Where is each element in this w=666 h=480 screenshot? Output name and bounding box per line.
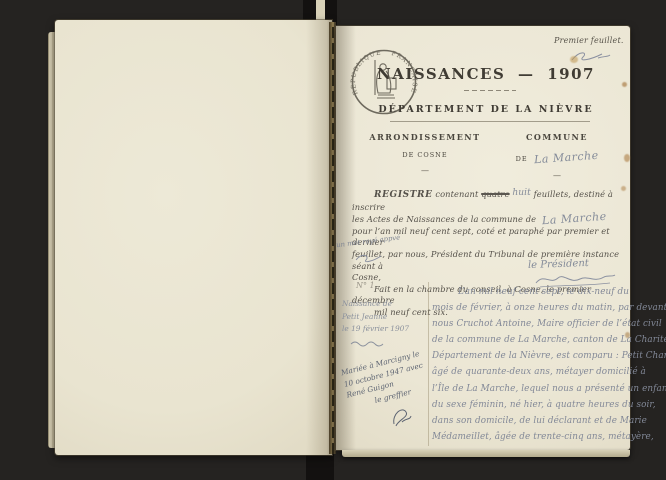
foxing-spot [622, 82, 627, 87]
page-title: NAISSANCES — 1907 [336, 65, 636, 83]
registre-contenant: contenant [435, 189, 478, 199]
registre-line-2: les Actes de Naissances de la commune de… [352, 213, 624, 226]
department-rule [390, 121, 590, 122]
foxing-spot [624, 154, 630, 162]
act-line: L’an mil neuf cent sept, le dix-neuf du [432, 284, 630, 300]
act-line: de la commune de La Marche, canton de La… [432, 332, 630, 348]
marriage-note-paraph [388, 404, 414, 430]
act-margin-title: Naissance de Petit Jeanne le 19 février … [342, 298, 426, 336]
foxing-spot [621, 186, 626, 191]
foxing-spot [570, 56, 578, 63]
margin-title-line: Naissance de [342, 298, 426, 311]
premier-feuillet-note: Premier feuillet. [554, 36, 634, 45]
title-rule [464, 90, 516, 91]
margin-title-line: Petit Jeanne [342, 311, 426, 324]
act-line: nous Cruchot Antoine, Maire officier de … [432, 316, 630, 332]
arrondissement-value: DE COSNE [360, 151, 490, 159]
arrondissement-dash: — [360, 166, 490, 175]
commune-value-row: DE La Marche [494, 151, 620, 164]
struck-word: quatre [481, 189, 509, 199]
act-body: L’an mil neuf cent sept, le dix-neuf du … [432, 284, 630, 445]
commune-block: COMMUNE DE La Marche — [494, 132, 620, 180]
right-page: RÉPUBLIQUE FRANÇAISE Premier feuillet. N… [336, 26, 630, 450]
approval-paraph [354, 250, 384, 266]
margin-title-line: le 19 février 1907 [342, 323, 426, 336]
left-page-blank [55, 20, 332, 455]
registre-line-1: REGISTRE contenant quatre huit feuillets… [352, 189, 624, 213]
margin-squiggle [350, 340, 390, 348]
registre-word: REGISTRE [374, 190, 433, 200]
arrondissement-block: ARRONDISSEMENT DE COSNE — [360, 132, 490, 175]
act-line: Département de la Nièvre, est comparu : … [432, 348, 630, 364]
president-caption: le Président [528, 258, 589, 271]
under-page-edge [342, 450, 630, 457]
act-number: N° 1 [356, 281, 375, 290]
inserted-handwritten-word: huit [512, 188, 531, 198]
commune-handwritten-value: La Marche [533, 149, 598, 166]
act-line: âgé de quarante-deux ans, métayer domici… [432, 364, 630, 380]
department-heading: DÉPARTEMENT DE LA NIÈVRE [336, 104, 636, 115]
act-line: du sexe féminin, né hier, à quatre heure… [432, 397, 630, 413]
binding-gutter [329, 22, 336, 454]
register-scan: RÉPUBLIQUE FRANÇAISE Premier feuillet. N… [0, 0, 666, 480]
commune-label: COMMUNE [494, 132, 620, 142]
foxing-spot [625, 332, 630, 338]
commune-de: DE [516, 155, 528, 163]
act-line: l’Île de La Marche, lequel nous a présen… [432, 381, 630, 397]
commune-dash: — [494, 171, 620, 180]
arrondissement-label: ARRONDISSEMENT [360, 132, 490, 142]
binding-notch-bottom [306, 452, 334, 480]
act-line: mois de février, à onze heures du matin,… [432, 300, 630, 316]
act-marriage-note: Mariée à Marcigny le 10 octobre 1947 ave… [340, 346, 438, 412]
registre-commune-handwritten: La Marche [542, 211, 607, 227]
act-line: dans son domicile, de lui déclarant et d… [432, 413, 630, 429]
act-line: Médameillet, âgée de trente-cinq ans, mé… [432, 429, 630, 445]
